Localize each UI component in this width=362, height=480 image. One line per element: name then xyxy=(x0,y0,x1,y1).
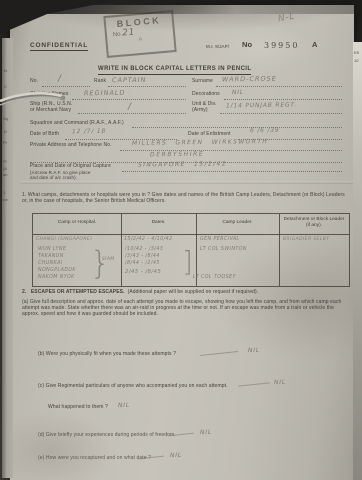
question-c2: What happened to them ? xyxy=(48,405,108,411)
question-a: (a) Give full description and approx. da… xyxy=(22,299,350,318)
siam-region-label: SIAM xyxy=(102,257,114,262)
answer-d: NIL xyxy=(200,429,212,436)
camp-siam-3: CHUNKAI xyxy=(38,261,63,266)
field-surname-value: WARD-CROSE xyxy=(222,75,277,84)
serial-suffix: A xyxy=(312,41,318,50)
camp-row1: CHANGI (SINGAPORE) xyxy=(36,237,92,242)
table-header-block-leader: Detachment or Block Leader (if any). xyxy=(282,217,346,229)
underpage-text-fragment: 10 xyxy=(354,58,358,63)
question-b: (b) Were you physically fit when you mad… xyxy=(38,352,176,358)
underpage-text-fragment: E5 xyxy=(354,50,359,55)
field-unit-label-2: (Army) xyxy=(192,108,208,114)
field-dob-value: 12 /7/ 18 xyxy=(72,128,106,135)
camp-siam-4: NONGPLADUK xyxy=(38,268,76,273)
underpage-text-fragment: Sq xyxy=(3,116,8,121)
field-unit-value: 1/14 PUNJAB REGT. xyxy=(226,102,297,110)
field-capture-label-1: Place and Date of Original Capture xyxy=(30,164,111,170)
serial-no-label: No xyxy=(242,41,252,50)
underpage-text-fragment: (or xyxy=(3,197,8,202)
dates-siam-3: /8/44 - /2/45 xyxy=(125,261,160,266)
answer-b: NIL xyxy=(248,347,260,354)
question-e: (e) How were you recaptured and on what … xyxy=(38,456,151,462)
field-rank-label: Rank xyxy=(94,79,106,85)
field-surname-line xyxy=(216,85,342,87)
field-unit-line xyxy=(220,112,342,114)
field-christian-value: REGINALD xyxy=(84,89,126,98)
camp-siam-1: WUN LYNE xyxy=(38,247,66,252)
field-decorations-value: NIL xyxy=(232,89,244,96)
section1-question: 1. What camps, detachments or hospitals … xyxy=(22,192,348,204)
underpage-text-fragment: Pl xyxy=(3,159,7,164)
underlying-page-edge-right xyxy=(353,42,362,480)
instruction-title: WRITE IN BLOCK CAPITAL LETTERS IN PENCIL xyxy=(98,66,251,75)
camp-siam-5: NAKOM NYOK xyxy=(38,275,75,280)
dates-row1: 15/2/42 - 4/10/42 xyxy=(124,237,173,242)
table-header-camp: Camp or Hospital. xyxy=(33,220,121,226)
field-ship-line xyxy=(78,112,186,114)
underpage-text-fragment: an xyxy=(3,172,7,177)
answer-e: NIL xyxy=(170,452,182,459)
field-rank-value: CAPTAIN xyxy=(112,76,147,84)
field-ship-value: / xyxy=(128,102,132,112)
field-enlist-value: 6 /6 /39 xyxy=(250,127,280,134)
leader-siam-2: LT COL TOOSEY xyxy=(193,275,236,280)
section2-heading: ESCAPES OR ATTEMPTED ESCAPES. xyxy=(31,289,125,295)
field-surname-label: Surname xyxy=(192,79,213,85)
underpage-text-fragment: N xyxy=(4,68,7,73)
table-rule xyxy=(279,214,280,286)
field-squadron-line xyxy=(132,126,342,128)
field-squadron-label: Squadron and Command (R.A.F., A.A.F.) xyxy=(30,121,124,127)
answer-c: NIL xyxy=(274,379,286,386)
question-d: (d) Give briefly your experiences during… xyxy=(38,433,176,439)
underpage-text-fragment: 1. xyxy=(3,190,6,195)
field-no-label: No. xyxy=(30,79,38,85)
table-header-leader: Camp Leader. xyxy=(196,220,279,226)
table-header-dates: Dates. xyxy=(121,220,196,226)
scanned-document-photo: BLOCK No 21 A N-L CONFIDENTIAL M.I. 9/JA… xyxy=(0,0,362,480)
field-address-label: Private Address and Telephone No. xyxy=(30,143,112,149)
question-c: (c) Give Regimental particulars of anyon… xyxy=(38,384,228,390)
field-dob-label: Date of Birth xyxy=(30,132,59,138)
dates-siam-2: /3/43 - /8/44 xyxy=(125,254,160,259)
section2-heading-note: (Additional paper will be supplied on re… xyxy=(128,289,259,295)
field-capture-line xyxy=(122,170,342,172)
camps-table: Camp or Hospital. Dates. Camp Leader. De… xyxy=(32,213,350,287)
block-number-stamp: BLOCK No 21 A xyxy=(103,10,176,58)
field-christian-line xyxy=(72,98,186,100)
binding-string xyxy=(0,86,74,112)
field-capture-label-3: and date of a/c crash). xyxy=(30,175,77,180)
siam-brace-mark: } xyxy=(90,244,110,282)
underpage-text-fragment: D xyxy=(4,129,7,134)
field-address-value-2: DERBYSHIRE xyxy=(150,151,204,159)
underpage-text-fragment: Pr xyxy=(3,140,7,145)
camp-siam-2: TAKANUN xyxy=(38,254,64,259)
leader-siam: LT COL SWINTON xyxy=(200,247,247,252)
field-enlist-label: Date of Enlistment xyxy=(188,132,231,138)
serial-number: 39950 xyxy=(264,41,299,50)
section2-number: 2. xyxy=(22,289,26,295)
table-header-rule xyxy=(33,234,349,235)
leader-row1: GEN PERCIVAL xyxy=(200,237,240,242)
stamp-no-label: No xyxy=(113,32,121,39)
underpage-text-fragment: (A xyxy=(3,166,7,171)
pencil-stroke xyxy=(238,382,270,386)
field-capture-value: SINGAPORE 15/2/42 xyxy=(138,160,227,168)
form-page: BLOCK No 21 A N-L CONFIDENTIAL M.I. 9/JA… xyxy=(10,5,354,480)
field-rank-line xyxy=(108,85,186,87)
block-leader-row1: BRIGADIER SELBY xyxy=(283,237,329,242)
field-decorations-label: Decorations xyxy=(192,92,220,98)
form-reference: M.I. 9/JAP/ xyxy=(206,44,229,49)
classification-label: CONFIDENTIAL xyxy=(30,42,88,51)
dates-bracket-mark: ] xyxy=(182,245,193,278)
dates-siam-4: 2/45 - /8/45 xyxy=(125,269,161,275)
field-decorations-line xyxy=(224,98,342,100)
field-no-value: / xyxy=(58,74,62,84)
answer-c2: NIL xyxy=(118,402,130,409)
dates-siam-1: /10/42 - /3/43 xyxy=(125,247,163,252)
field-address-value-1: MILLERS GREEN WIRKSWORTH xyxy=(132,138,268,147)
paper-crease xyxy=(20,181,362,184)
pencil-stroke xyxy=(200,351,238,356)
